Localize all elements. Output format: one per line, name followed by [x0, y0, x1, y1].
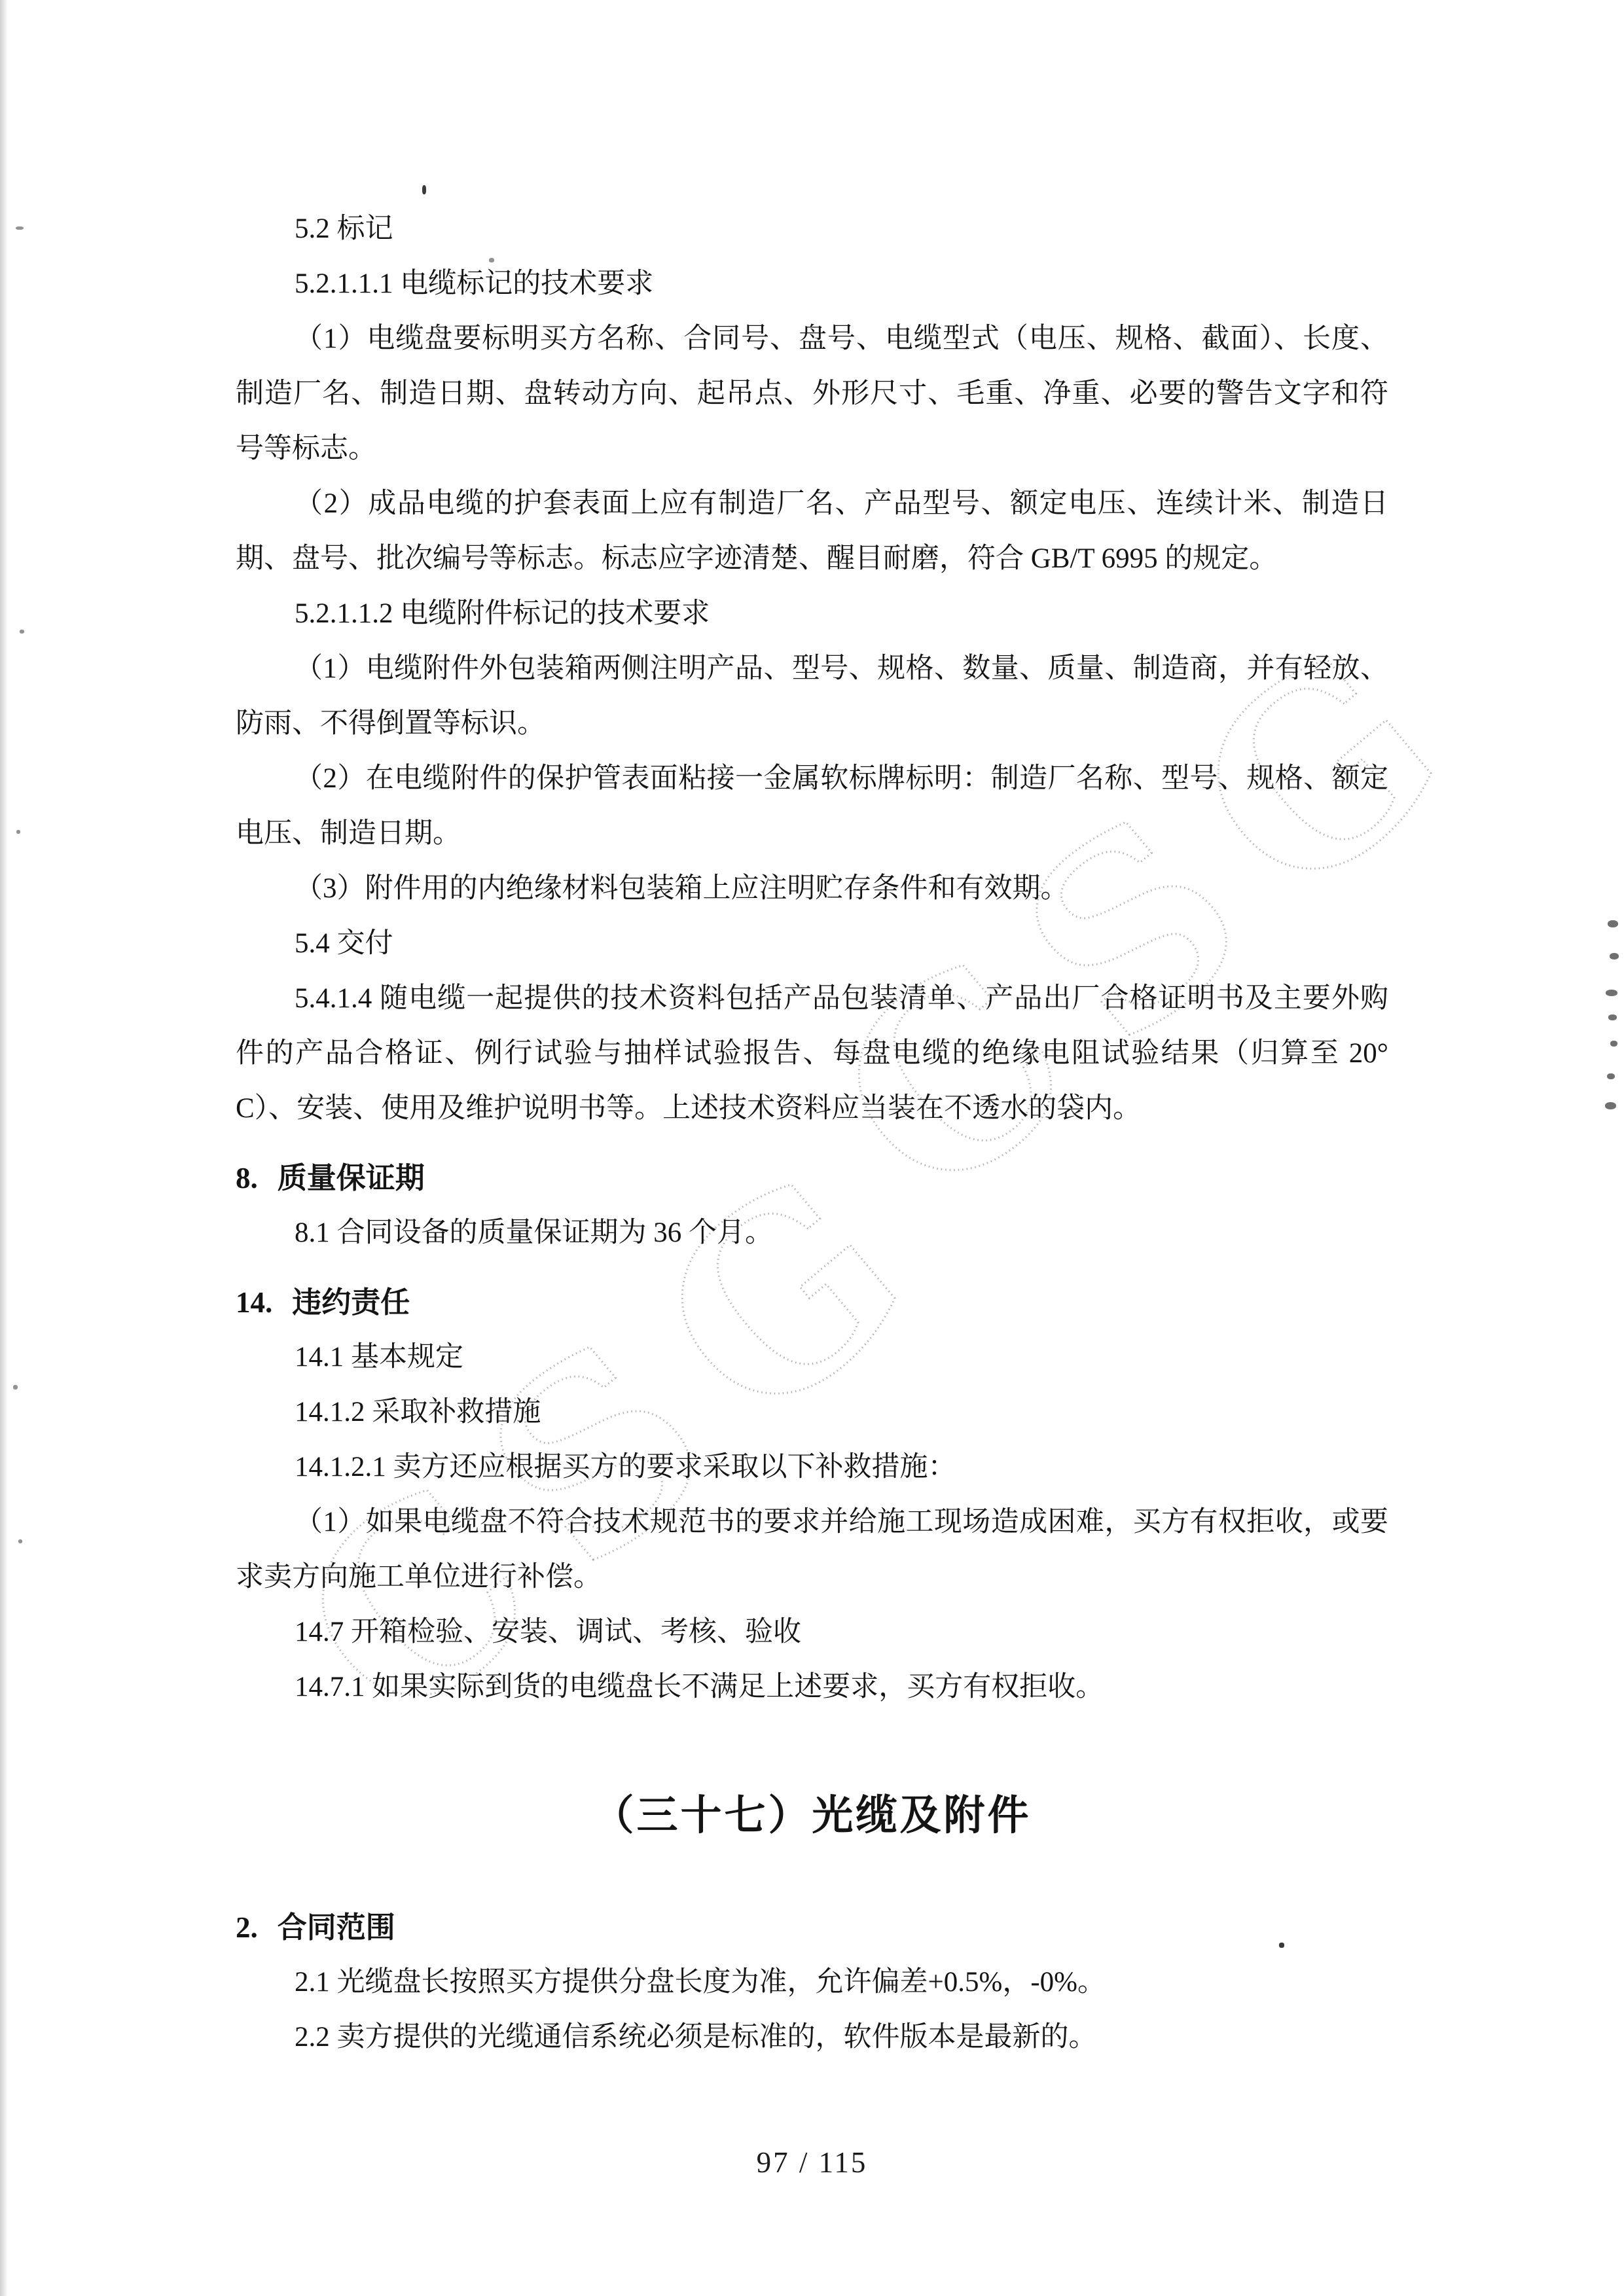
section-number: 8. — [236, 1151, 258, 1206]
paragraph: （1）电缆附件外包装箱两侧注明产品、型号、规格、数量、质量、制造商，并有轻放、防… — [236, 641, 1388, 751]
section-title: 合同范围 — [278, 1900, 395, 1955]
section-title: 违约责任 — [292, 1275, 410, 1330]
chapter-heading: （三十七）光缆及附件 — [236, 1776, 1388, 1855]
scan-speck — [16, 830, 20, 834]
scan-speck — [16, 226, 24, 230]
clause-line: 5.2.1.1.2 电缆附件标记的技术要求 — [236, 586, 1388, 641]
paragraph: 5.4.1.4 随电缆一起提供的技术资料包括产品包装清单、产品出厂合格证明书及主… — [236, 971, 1388, 1136]
paragraph: （2）在电缆附件的保护管表面粘接一金属软标牌标明：制造厂名称、型号、规格、额定电… — [236, 751, 1388, 861]
scan-speck — [1279, 1943, 1284, 1948]
clause-line: 5.2.1.1.1 电缆标记的技术要求 — [236, 257, 1388, 312]
edge-mark — [1608, 920, 1618, 927]
clause-line: 8.1 合同设备的质量保证期为 36 个月。 — [236, 1206, 1388, 1261]
clause-line: 14.1 基本规定 — [236, 1330, 1388, 1385]
document-page: CSG CSG 5.2 标记5.2.1.1.1 电缆标记的技术要求（1）电缆盘要… — [0, 0, 1624, 2296]
clause-line: 2.1 光缆盘长按照买方提供分盘长度为准，允许偏差+0.5%，-0%。 — [236, 1955, 1388, 2010]
paragraph: （3）附件用的内绝缘材料包装箱上应注明贮存条件和有效期。 — [236, 861, 1388, 916]
scan-speck — [489, 258, 494, 262]
section-number: 2. — [236, 1900, 258, 1955]
edge-mark — [1607, 1073, 1615, 1079]
section-heading: 2.合同范围 — [236, 1900, 1388, 1955]
scan-speck — [18, 1539, 22, 1543]
edge-mark — [1610, 953, 1619, 960]
paragraph: （2）成品电缆的护套表面上应有制造厂名、产品型号、额定电压、连续计米、制造日期、… — [236, 476, 1388, 586]
scan-speck — [422, 185, 426, 194]
edge-mark — [1610, 1041, 1617, 1047]
edge-mark — [1605, 1102, 1616, 1109]
clause-line: 2.2 卖方提供的光缆通信系统必须是标准的，软件版本是最新的。 — [236, 2010, 1388, 2065]
edge-mark — [1608, 1014, 1617, 1020]
clause-line: 14.1.2 采取补救措施 — [236, 1385, 1388, 1440]
clause-line: 14.7.1 如果实际到货的电缆盘长不满足上述要求，买方有权拒收。 — [236, 1660, 1388, 1715]
section-heading: 8.质量保证期 — [236, 1151, 1388, 1206]
clause-line: 14.7 开箱检验、安装、调试、考核、验收 — [236, 1605, 1388, 1660]
clause-line: 14.1.2.1 卖方还应根据买方的要求采取以下补救措施： — [236, 1440, 1388, 1495]
scan-speck — [13, 1385, 18, 1390]
section-number: 14. — [236, 1275, 272, 1330]
paragraph: （1）电缆盘要标明买方名称、合同号、盘号、电缆型式（电压、规格、截面）、长度、制… — [236, 312, 1388, 476]
section-heading: 14.违约责任 — [236, 1275, 1388, 1330]
edge-mark — [1606, 990, 1617, 996]
clause-line: 5.2 标记 — [236, 202, 1388, 257]
paragraph: （1）如果电缆盘不符合技术规范书的要求并给施工现场造成困难，买方有权拒收，或要求… — [236, 1495, 1388, 1605]
document-body: 5.2 标记5.2.1.1.1 电缆标记的技术要求（1）电缆盘要标明买方名称、合… — [236, 202, 1388, 2065]
scan-speck — [20, 630, 24, 634]
scan-edge-shadow — [0, 0, 8, 2296]
section-title: 质量保证期 — [278, 1151, 425, 1206]
clause-line: 5.4 交付 — [236, 916, 1388, 971]
page-number: 97 / 115 — [236, 2135, 1388, 2190]
